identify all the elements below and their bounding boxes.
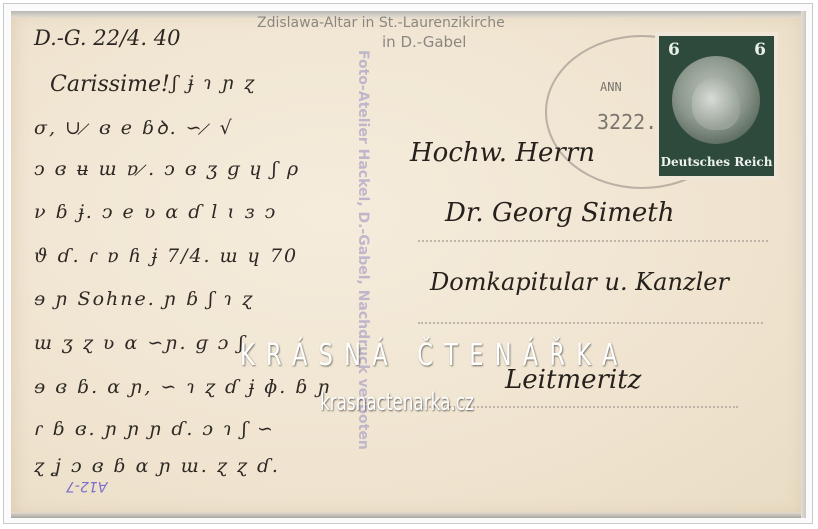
postmark-date: 3222. — [597, 110, 657, 134]
shorthand-line: ɀ ʝ ɔ ɞ ɓ ɑ ɲ ɯ. ɀ ɀ ɗ. — [34, 455, 280, 477]
stamp-value-right: 6 — [754, 40, 766, 60]
catalog-number: A12-7 — [66, 478, 107, 494]
shorthand-line: σ, ∪ ̷ ɞ e ɓꝺ. ∽ ̷ √ — [34, 114, 234, 140]
shorthand-line: ɘ ɲ Sohne. ɲ ɓ ʃ ɿ ɀ — [34, 288, 254, 310]
stamp-value-left: 6 — [668, 40, 680, 60]
shorthand-line-0-tail: ʃ ɉ ɿ ɲ ɀ — [172, 72, 256, 94]
address-line2: Dr. Georg Simeth — [445, 198, 674, 228]
watermark-brand: KRÁSNÁ ČTENÁŘKA — [240, 338, 629, 373]
address-rule — [418, 322, 763, 324]
stamp-portrait-medallion — [672, 56, 760, 144]
pencil-note-line1: Zdislawa-Altar in St.-Laurenzikirche — [257, 15, 505, 31]
message-date: D.-G. 22/4. 40 — [34, 26, 180, 50]
shorthand-line: ɘ ɞ ɓ. ɑ ɲ, ∽ ɿ ɀ ɗ ɉ ɸ. ɓ ɲ — [34, 376, 332, 398]
pencil-note-line2: in D.-Gabel — [382, 33, 466, 51]
postcard-right-edge — [801, 11, 806, 518]
postmark-partial-text: ANN — [600, 80, 622, 94]
shorthand-line: ν ɓ ɉ. ↄ e ʋ ɑ ɗ l ɩ ɜ ↄ — [34, 201, 277, 223]
address-rule — [418, 240, 768, 242]
address-line1: Hochw. Herrn — [410, 138, 595, 168]
shorthand-line: ↄ ɞ ʉ ɯ ɐ ̷. ↄ ɞ ʒ ɡ ɥ ʃ ρ — [34, 158, 300, 180]
stamp-country-label: Deutsches Reich — [659, 155, 774, 169]
shorthand-line: ɾ ɓ ɞ. ɲ ɲ ɲ ɗ. ɔ ɿ ʃ ∽ — [34, 418, 275, 440]
message-salutation: Carissime! — [50, 72, 170, 97]
shorthand-line: ϑ ɗ. ɾ ɐ ɦ ɉ 7/4. ɯ ɥ 70 — [34, 245, 298, 267]
watermark-site: krasnactenarka.cz — [320, 388, 474, 416]
postcard-bottom-edge — [11, 512, 806, 518]
shorthand-line: ɯ ʒ ɀ ʋ ɑ ∽ɲ. ɡ ɔ ʃ — [34, 332, 246, 354]
portrait-head-icon — [692, 78, 740, 130]
postage-stamp: 6 6 Deutsches Reich — [659, 36, 774, 176]
address-line3: Domkapitular u. Kanzler — [430, 268, 729, 296]
